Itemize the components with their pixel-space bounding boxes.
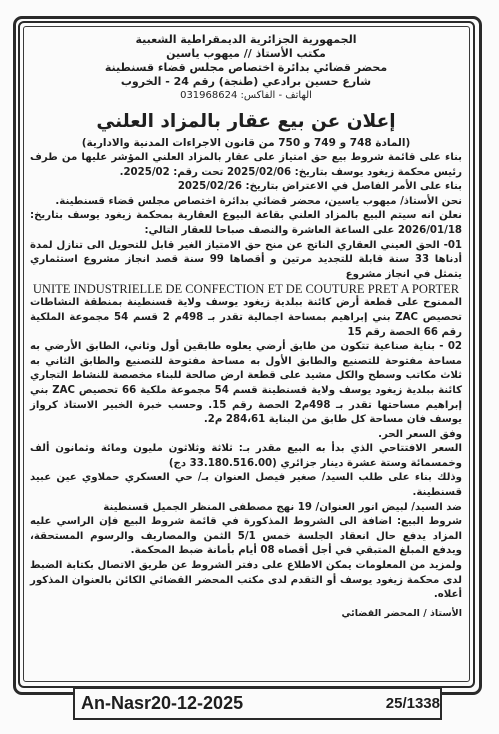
publication-footer: An-Nasr20-12-2025 25/1338: [73, 687, 442, 720]
opening-price: السعر الافتتاحي الذي بدأ به البيع مقدر ب…: [30, 442, 462, 471]
publication-reference: An-Nasr20-12-2025: [81, 693, 294, 714]
sale-conditions: شروط البيع: اضافة الى الشروط المذكورة في…: [30, 515, 462, 559]
property-item-1: 01- الحق العيني العقاري الناتج عن منح حق…: [30, 239, 462, 283]
paragraph-objection-ruling: بناء على الأمر الفاصل في الاعتراض بتاريخ…: [30, 180, 462, 195]
ad-number: 25/1338: [386, 695, 440, 712]
paragraph-conditions-list: بناء على قائمة شروط بيع حق امتياز على عق…: [30, 151, 462, 180]
paragraph-sale-date: نعلن انه سيتم البيع بالمزاد العلني بقاعة…: [30, 209, 462, 238]
phone-fax: الهاتف - الفاكس: 031968624: [30, 89, 462, 103]
office-name: مكتب الأستاذ // ميهوب ياسين: [30, 47, 462, 61]
more-info: ولمزيد من المعلومات يمكن الاطلاع على دفت…: [30, 559, 462, 603]
paragraph-officer: نحن الأستاذ/ ميهوب ياسين، محضر قضائي بدا…: [30, 195, 462, 210]
defendant: ضد السيد/ لبيض انور العنوان/ 19 نهج مصطف…: [30, 501, 462, 516]
notice-title: إعلان عن بيع عقار بالمزاد العلني: [30, 109, 462, 135]
law-reference: (المادة 748 و 749 و 750 من قانون الاجراء…: [30, 137, 462, 150]
property-item-2: 02 - بناية صناعية تتكون من طابق أرضي يعل…: [30, 340, 462, 428]
office-address: شارع حسين برادعي (طنجة) رقم 24 - الخروب: [30, 75, 462, 89]
republic-header: الجمهورية الجزائرية الديمقراطية الشعبية: [30, 33, 462, 47]
requester: وذلك بناء على طلب السيد/ صغير فيصل العنو…: [30, 471, 462, 500]
court-officer-title: محضر قضائي بدائرة اختصاص مجلس قضاء قسنطي…: [30, 61, 462, 75]
free-price-note: وفق السعر الحر.: [30, 428, 462, 443]
project-name: UNITE INDUSTRIELLE DE CONFECTION ET DE C…: [30, 282, 462, 296]
property-item-1-details: الممنوح على قطعة أرض كائنة ببلدية زيغود …: [30, 296, 462, 340]
signature: الأستاذ / المحضر القضائي: [30, 607, 462, 622]
notice-content: الجمهورية الجزائرية الديمقراطية الشعبية …: [30, 33, 462, 621]
